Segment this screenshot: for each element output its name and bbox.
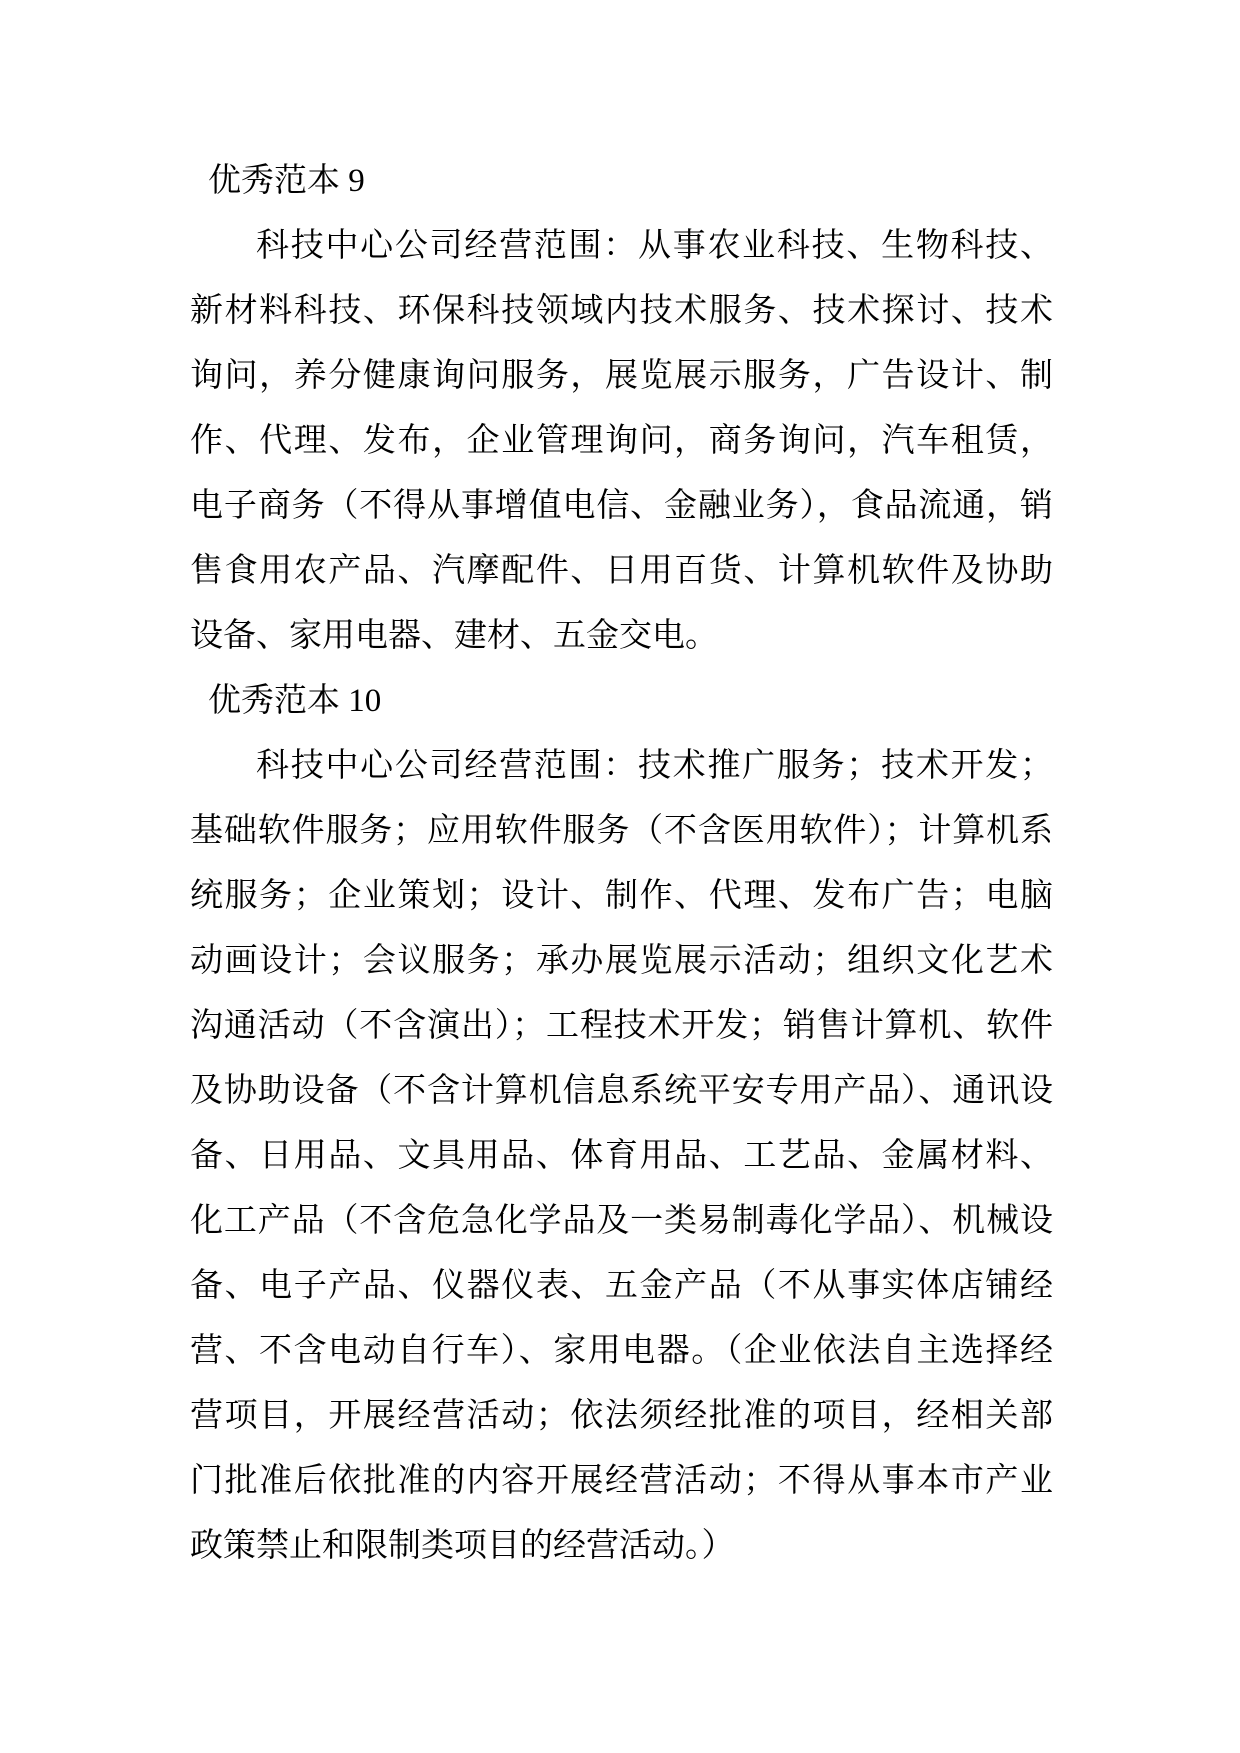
section-heading: 优秀范本 9 <box>190 149 1053 214</box>
text-line: 政策禁止和限制类项目的经营活动。） <box>190 1514 1053 1579</box>
text-line: 电子商务（不得从事增值电信、金融业务），食品流通，销 <box>190 474 1053 539</box>
text-line: 统服务；企业策划；设计、制作、代理、发布广告；电脑 <box>190 864 1053 929</box>
text-line: 询问，养分健康询问服务，展览展示服务，广告设计、制 <box>190 344 1053 409</box>
text-line: 及协助设备（不含计算机信息系统平安专用产品）、通讯设 <box>190 1059 1053 1124</box>
text-line: 沟通活动（不含演出）；工程技术开发；销售计算机、软件 <box>190 994 1053 1059</box>
text-line: 新材料科技、环保科技领域内技术服务、技术探讨、技术 <box>190 279 1053 344</box>
section-heading: 优秀范本 10 <box>190 669 1053 734</box>
text-line: 营、不含电动自行车）、家用电器。（企业依法自主选择经 <box>190 1319 1053 1384</box>
document-page: 优秀范本 9科技中心公司经营范围：从事农业科技、生物科技、新材料科技、环保科技领… <box>0 0 1240 1753</box>
text-line: 设备、家用电器、建材、五金交电。 <box>190 604 1053 669</box>
text-line: 化工产品（不含危急化学品及一类易制毒化学品）、机械设 <box>190 1189 1053 1254</box>
document-body: 优秀范本 9科技中心公司经营范围：从事农业科技、生物科技、新材料科技、环保科技领… <box>190 149 1053 1579</box>
text-line: 备、电子产品、仪器仪表、五金产品（不从事实体店铺经 <box>190 1254 1053 1319</box>
text-line: 备、日用品、文具用品、体育用品、工艺品、金属材料、 <box>190 1124 1053 1189</box>
text-line: 售食用农产品、汽摩配件、日用百货、计算机软件及协助 <box>190 539 1053 604</box>
text-line: 科技中心公司经营范围：技术推广服务；技术开发； <box>190 734 1053 799</box>
text-line: 基础软件服务；应用软件服务（不含医用软件）；计算机系 <box>190 799 1053 864</box>
text-line: 营项目，开展经营活动；依法须经批准的项目，经相关部 <box>190 1384 1053 1449</box>
text-line: 门批准后依批准的内容开展经营活动；不得从事本市产业 <box>190 1449 1053 1514</box>
text-line: 科技中心公司经营范围：从事农业科技、生物科技、 <box>190 214 1053 279</box>
text-line: 动画设计；会议服务；承办展览展示活动；组织文化艺术 <box>190 929 1053 994</box>
text-line: 作、代理、发布，企业管理询问，商务询问，汽车租赁， <box>190 409 1053 474</box>
